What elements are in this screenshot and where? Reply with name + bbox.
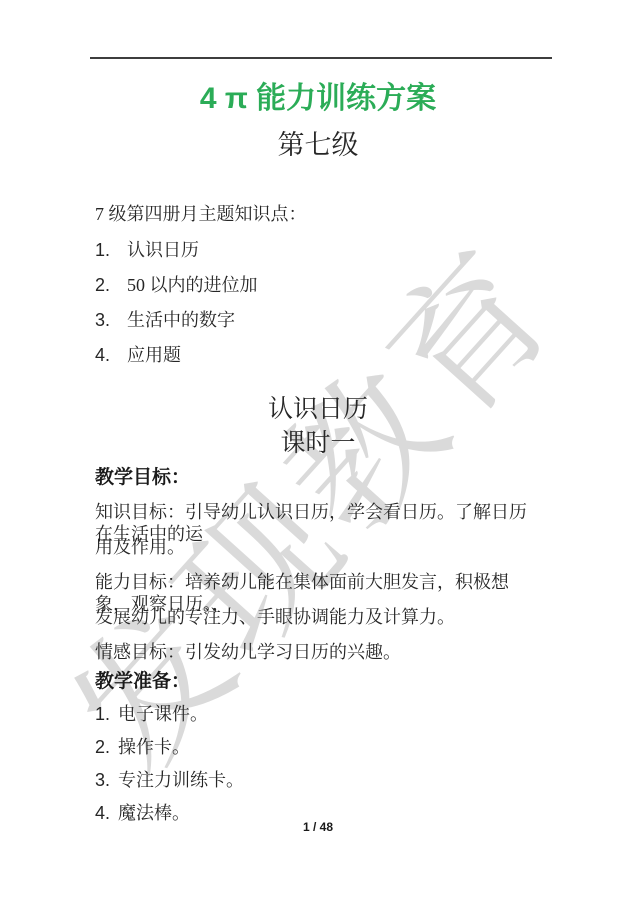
prep-item-number: 3. xyxy=(95,769,118,791)
level-subtitle: 第七级 xyxy=(95,129,541,161)
topic-item-number: 4. xyxy=(95,344,127,366)
topic-item-text: 生活中的数字 xyxy=(127,309,235,331)
prep-item-text: 操作卡。 xyxy=(118,736,190,758)
topic-list-item: 4. 应用题 xyxy=(95,344,541,366)
goal-line: 情感目标：引发幼儿学习日历的兴趣。 xyxy=(95,641,541,663)
prep-list-item: 1. 电子课件。 xyxy=(95,703,541,725)
prep-list-item: 3. 专注力训练卡。 xyxy=(95,769,541,791)
topic-list-item: 1. 认识日历 xyxy=(95,239,541,261)
prep-item-number: 1. xyxy=(95,703,118,725)
prep-item-text: 专注力训练卡。 xyxy=(118,769,244,791)
topic-item-number: 1. xyxy=(95,239,127,261)
lesson-session-title: 课时一 xyxy=(95,429,541,458)
teaching-prep-heading: 教学准备： xyxy=(95,670,541,693)
goal-line: 用及作用。 xyxy=(95,536,541,558)
topic-list-item: 2. 50 以内的进位加 xyxy=(95,274,541,296)
prep-list-item: 2. 操作卡。 xyxy=(95,736,541,758)
prep-item-text: 电子课件。 xyxy=(118,703,208,725)
topic-item-text: 50 以内的进位加 xyxy=(127,274,258,296)
teaching-goals-heading: 教学目标： xyxy=(95,466,541,489)
topic-item-number: 3. xyxy=(95,309,127,331)
goal-line: 发展幼儿的专注力、手眼协调能力及计算力。 xyxy=(95,606,541,628)
prep-item-number: 2. xyxy=(95,736,118,758)
document-title: 4 π 能力训练方案 xyxy=(95,82,541,116)
header-rule xyxy=(90,57,552,59)
lesson-title: 认识日历 xyxy=(95,395,541,424)
document-content: 4 π 能力训练方案 第七级 7 级第四册月主题知识点： 1. 认识日历 2. … xyxy=(0,0,636,900)
topics-heading: 7 级第四册月主题知识点： xyxy=(95,203,541,225)
topic-item-text: 认识日历 xyxy=(127,239,199,261)
topic-list-item: 3. 生活中的数字 xyxy=(95,309,541,331)
document-page: 发现教育 4 π 能力训练方案 第七级 7 级第四册月主题知识点： 1. 认识日… xyxy=(0,0,636,900)
page-number-indicator: 1 / 48 xyxy=(95,820,541,835)
topic-item-text: 应用题 xyxy=(127,344,181,366)
topic-item-number: 2. xyxy=(95,274,127,296)
